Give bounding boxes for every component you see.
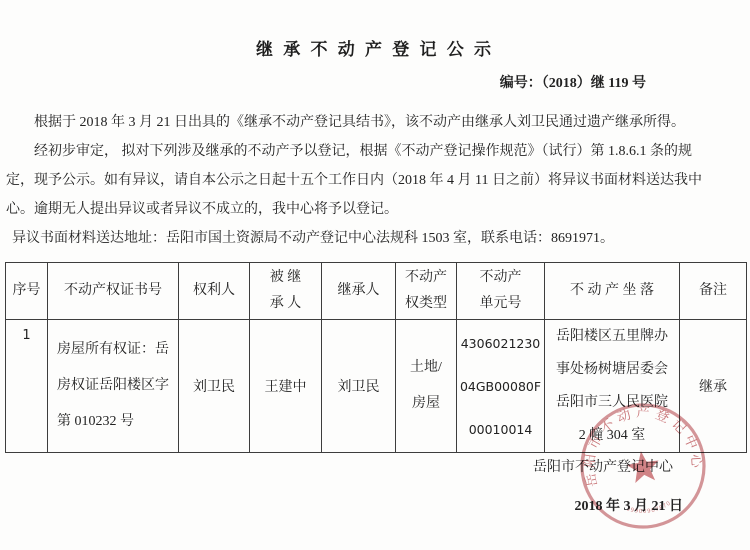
cell-holder: 刘卫民: [179, 320, 250, 453]
body-line: 经初步审定， 拟对下列涉及继承的不动产予以登记，根据《不动产登记操作规范》（试行…: [0, 137, 750, 166]
col-header-type: 不动产 权类型: [396, 263, 457, 320]
cell-decedent: 王建中: [250, 320, 322, 453]
signature-date: 2018 年 3 月 21 日: [0, 499, 750, 514]
doc-number: 编号：（2018）继 119 号: [0, 74, 750, 94]
col-header-location: 不 动 产 坐 落: [545, 263, 680, 320]
table-row: 1 房屋所有权证：岳 房权证岳阳楼区字 第 010232 号 刘卫民 王建中 刘…: [6, 320, 747, 453]
cell-index: 1: [6, 320, 48, 453]
signature-block: 岳阳市不动产登记中心 2018 年 3 月 21 日: [0, 460, 750, 514]
body-line: 定，现予公示。如有异议，请自本公示之日起十五个工作日内（2018 年 4 月 1…: [0, 166, 750, 195]
table-header-row: 序号 不动产权证书号 权利人 被 继 承 人 继承人 不动产 权类型 不动产 单…: [6, 263, 747, 320]
cell-note: 继承: [680, 320, 747, 453]
col-header-holder: 权利人: [179, 263, 250, 320]
cell-location: 岳阳楼区五里牌办 事处杨树塘居委会 岳阳市三人民医院 2 幢 304 室: [545, 320, 680, 453]
col-header-unit: 不动产 单元号: [457, 263, 545, 320]
col-header-index: 序号: [6, 263, 48, 320]
col-header-heir: 继承人: [322, 263, 396, 320]
signature-org: 岳阳市不动产登记中心: [0, 460, 750, 476]
body-line: 根据于 2018 年 3 月 21 日出具的《继承不动产登记具结书》，该不动产由…: [0, 108, 750, 137]
col-header-cert: 不动产权证书号: [48, 263, 179, 320]
page-title: 继 承 不 动 产 登 记 公 示: [0, 38, 750, 62]
notice-body: 根据于 2018 年 3 月 21 日出具的《继承不动产登记具结书》，该不动产由…: [0, 108, 750, 253]
cell-heir: 刘卫民: [322, 320, 396, 453]
cell-cert-number: 房屋所有权证：岳 房权证岳阳楼区字 第 010232 号: [48, 320, 179, 453]
registration-table: 序号 不动产权证书号 权利人 被 继 承 人 继承人 不动产 权类型 不动产 单…: [5, 262, 747, 453]
cell-property-type: 土地/ 房屋: [396, 320, 457, 453]
col-header-note: 备注: [680, 263, 747, 320]
body-line: 心。逾期无人提出异议或者异议不成立的，我中心将予以登记。: [0, 195, 750, 224]
body-line: 异议书面材料送达地址：岳阳市国土资源局不动产登记中心法规科 1503 室，联系电…: [0, 224, 750, 253]
cell-unit-number: 4306021230 04GB00080F 00010014: [457, 320, 545, 453]
notice-document: 继 承 不 动 产 登 记 公 示 编号：（2018）继 119 号 根据于 2…: [0, 0, 750, 550]
col-header-decedent: 被 继 承 人: [250, 263, 322, 320]
